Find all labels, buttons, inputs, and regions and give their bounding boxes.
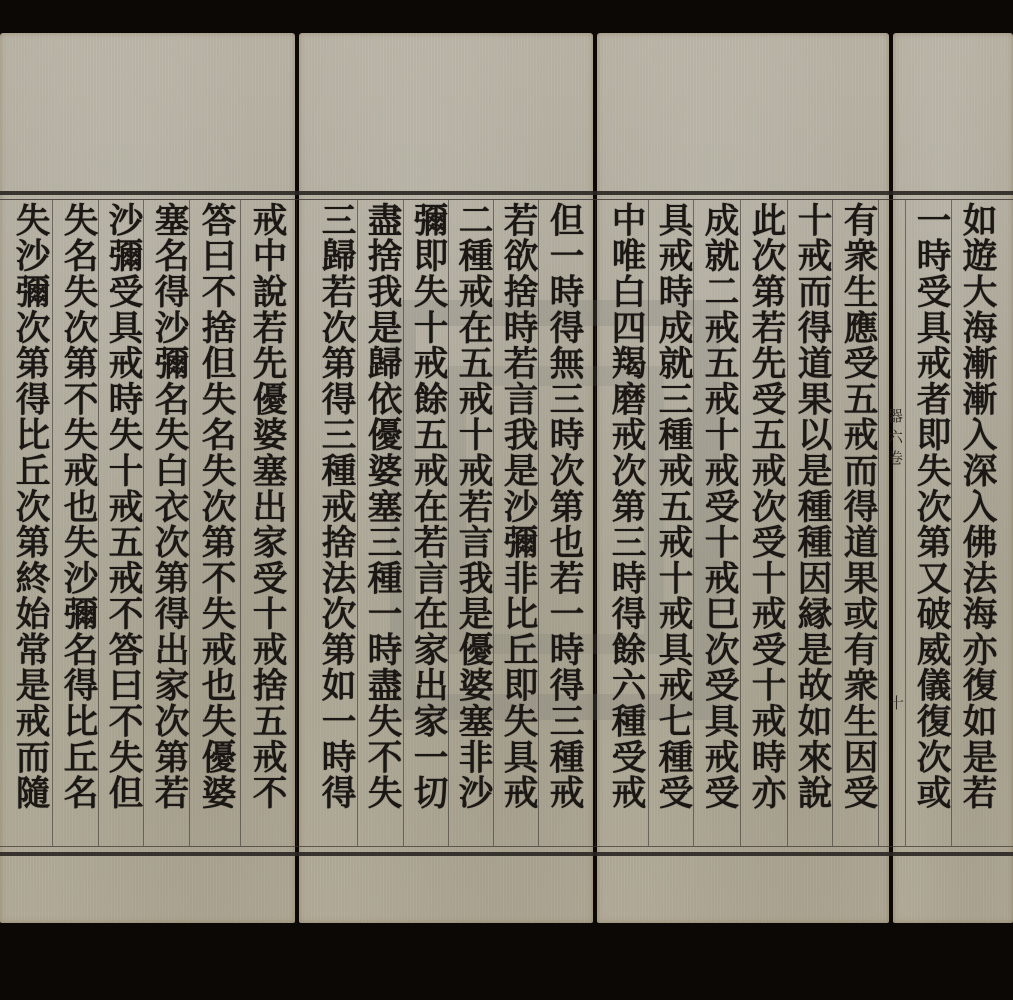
text-column-13: 盡捨我是歸依優婆塞三種一時盡失不失: [358, 202, 404, 846]
text-column-11: 二種戒在五戒十戒若言我是優婆塞非沙: [449, 202, 495, 846]
text-column-4: 十戒而得道果以是種種因縁是故如來說: [788, 202, 834, 846]
text-column-7: 具戒時成就三種戒五戒十戒具戒七種受: [649, 202, 695, 846]
text-column-14: 三歸若次第得三種戒捨法次第如一時得: [312, 202, 358, 846]
page-margin-title: 器六卷: [882, 408, 906, 471]
column-rule: [296, 200, 297, 846]
scanned-book-spread: 如遊大海漸漸入深入佛法海亦復如是若 一時受具戒者即失次第又破威儀復次或 器六卷 …: [0, 0, 1013, 1000]
text-column-18: 沙彌受具戒時失十戒五戒不答曰不失但: [99, 202, 145, 846]
text-column-5: 此次第若先受五戒次受十戒受十戒時亦: [742, 202, 788, 846]
frame-bottom-inner-line: [0, 846, 1013, 847]
text-column-20: 失沙彌次第得比丘次第終始常是戒而隨: [6, 202, 52, 846]
column-rule: [905, 200, 906, 846]
text-column-16: 答曰不捨但失名失次第不失戒也失優婆: [192, 202, 238, 846]
frame-top-border: [0, 191, 1013, 195]
text-column-19: 失名失次第不失戒也失沙彌名得比丘名: [54, 202, 100, 846]
frame-bottom-border: [0, 852, 1013, 856]
text-column-17: 塞名得沙彌名失白衣次第得出家次第若: [145, 202, 191, 846]
column-rule: [240, 200, 241, 846]
column-rule: [595, 200, 596, 846]
text-column-3: 有衆生應受五戒而得道果或有衆生因受: [834, 202, 880, 846]
frame-top-inner-line: [0, 199, 1013, 200]
text-column-9: 但一時得無三時次第也若一時得三種戒: [540, 202, 586, 846]
text-column-1: 如遊大海漸漸入深入佛法海亦復如是若: [953, 202, 999, 846]
text-column-2: 一時受具戒者即失次第又破威儀復次或: [907, 202, 953, 846]
page-margin-leaf-number: 十: [883, 695, 907, 716]
text-column-15: 戒中說若先優婆塞出家受十戒捨五戒不: [243, 202, 289, 846]
text-column-12: 彌即失十戒餘五戒在若言在家出家一切: [404, 202, 450, 846]
text-column-8: 中唯白四羯磨戒次第三時得餘六種受戒: [602, 202, 648, 846]
text-column-10: 若欲捨時若言我是沙彌非比丘即失具戒: [494, 202, 540, 846]
text-column-6: 成就二戒五戒十戒受十戒巳次受具戒受: [695, 202, 741, 846]
column-rule: [52, 200, 53, 846]
